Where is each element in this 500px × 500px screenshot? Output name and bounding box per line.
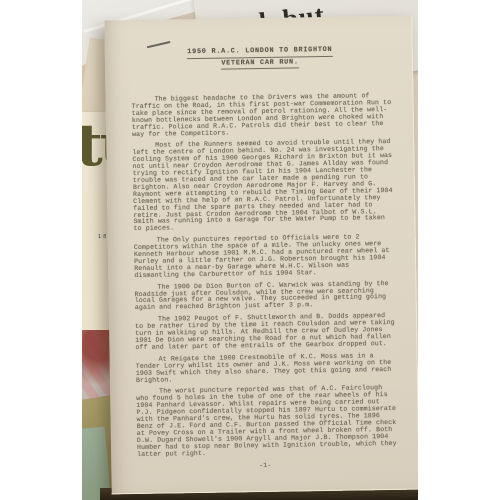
photograph-of-papers: ed, but tu 1895 1950 R.A.C. LONDON TO BR…	[82, 0, 418, 500]
report-title-line2: VETERAN CAR RUN.	[221, 57, 299, 70]
report-paragraph: The 1900 De Dion Burton of C. Warwick wa…	[134, 281, 394, 313]
report-paragraph: The 1902 Peugot of F. Shuttleworth and B…	[135, 313, 396, 352]
typed-report-page: 1950 R.A.C. LONDON TO BRIGHTON VETERAN C…	[104, 16, 418, 495]
report-title: 1950 R.A.C. LONDON TO BRIGHTON VETERAN C…	[131, 44, 389, 71]
report-body: The biggest headache to the Drivers was …	[132, 93, 398, 459]
report-paragraph: At Reigate the 1900 Crestmobile of K.C. …	[136, 353, 396, 385]
report-paragraph: The biggest headache to the Drivers was …	[132, 93, 393, 139]
report-paragraph: Most of the Runners seemed to avoid trou…	[132, 139, 393, 233]
report-paragraph: The Only punctures reported to Officials…	[134, 234, 395, 280]
photo-canvas: ed, but tu 1895 1950 R.A.C. LONDON TO BR…	[0, 0, 500, 500]
page-number: -1-	[111, 461, 418, 473]
report-paragraph: The worst puncture reported was that of …	[136, 385, 397, 458]
